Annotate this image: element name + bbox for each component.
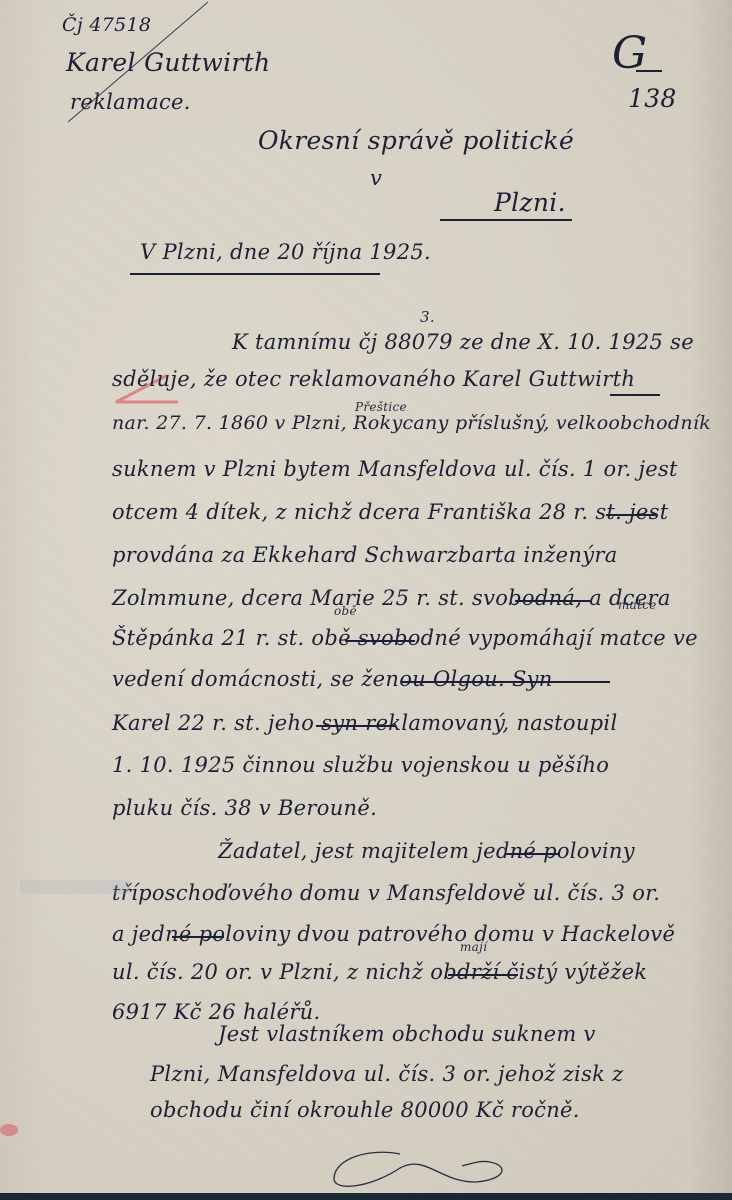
reference-number: Čj 47518 bbox=[62, 14, 151, 36]
document-page: Čj 47518 Karel Guttwirth reklamace. G 13… bbox=[0, 0, 732, 1193]
strike-svobodna bbox=[515, 600, 590, 602]
addressee-line2: v bbox=[370, 166, 382, 190]
closing-flourish bbox=[330, 1148, 510, 1192]
p2-line5: 6917 Kč 26 haléřů. bbox=[112, 1000, 320, 1024]
interlinear-insert-3: 3. bbox=[420, 308, 435, 326]
strike-jedne-2 bbox=[172, 936, 224, 938]
p1-line3: nar. 27. 7. 1860 v Plzni, Rokycany přísl… bbox=[112, 412, 711, 434]
interlinear-insert-obe: obě bbox=[334, 604, 357, 618]
p1-line8: Štěpánka 21 r. st. obě svobodné vypomáha… bbox=[112, 626, 698, 650]
p1-line4: suknem v Plzni bytem Mansfeldova ul. čís… bbox=[112, 457, 678, 481]
strike-jedne-1 bbox=[505, 853, 560, 855]
p1-line7: Zolmmune, dcera Marie 25 r. st. svobodná… bbox=[112, 586, 671, 610]
file-mark-dash bbox=[636, 70, 662, 72]
p1-line12: pluku čís. 38 v Berouně. bbox=[112, 796, 377, 820]
red-stain bbox=[0, 1124, 18, 1136]
p1-line6: provdána za Ekkehard Schwarzbarta inžený… bbox=[112, 543, 618, 567]
addressee-city: Plzni. bbox=[494, 188, 566, 217]
petitioner-name: Karel Guttwirth bbox=[66, 48, 270, 77]
date-line: V Plzni, dne 20 října 1925. bbox=[140, 240, 431, 264]
subject-line: reklamace. bbox=[70, 90, 191, 114]
p1-line9: vedení domácnosti, se ženou Olgou. Syn bbox=[112, 667, 553, 691]
strike-obdrzi bbox=[448, 974, 518, 976]
strike-jest bbox=[606, 514, 656, 516]
p1-line10: Karel 22 r. st. jeho syn reklamovaný, na… bbox=[112, 711, 617, 735]
date-underline bbox=[130, 273, 380, 275]
p1-line11: 1. 10. 1925 činnou službu vojenskou u pě… bbox=[112, 753, 609, 777]
addressee-line1: Okresní správě politické bbox=[258, 126, 574, 155]
p1-line1: K tamnímu čj 88079 ze dne X. 10. 1925 se bbox=[232, 330, 694, 354]
scan-edge bbox=[0, 1193, 732, 1200]
p3-line2: Plzni, Mansfeldova ul. čís. 3 or. jehož … bbox=[150, 1062, 624, 1086]
name-underline bbox=[610, 394, 660, 396]
strike-se-zenou-olgou bbox=[402, 681, 610, 683]
p1-line2: sděluje, že otec reklamovaného Karel Gut… bbox=[112, 367, 635, 391]
p2-line4: ul. čís. 20 or. v Plzni, z nichž obdrží … bbox=[112, 960, 647, 984]
addressee-underline bbox=[440, 219, 572, 221]
file-number: 138 bbox=[628, 84, 677, 113]
p2-line2: tříposchoďového domu v Mansfeldově ul. č… bbox=[112, 881, 660, 905]
interlinear-insert-maji: mají bbox=[460, 940, 487, 954]
strike-jeho-syn bbox=[316, 725, 396, 727]
p2-line1: Žadatel, jest majitelem jedné poloviny bbox=[218, 839, 635, 863]
p3-line3: obchodu činí okrouhle 80000 Kč ročně. bbox=[150, 1098, 580, 1122]
p3-line1: Jest vlastníkem obchodu suknem v bbox=[218, 1022, 596, 1046]
faint-stamp-bleed bbox=[20, 880, 130, 894]
p2-line3: a jedné poloviny dvou patrového domu v H… bbox=[112, 922, 675, 946]
strike-svobodne bbox=[345, 640, 415, 642]
interlinear-insert-matce: matce bbox=[618, 598, 657, 612]
p1-line5: otcem 4 dítek, z nichž dcera Františka 2… bbox=[112, 500, 668, 524]
